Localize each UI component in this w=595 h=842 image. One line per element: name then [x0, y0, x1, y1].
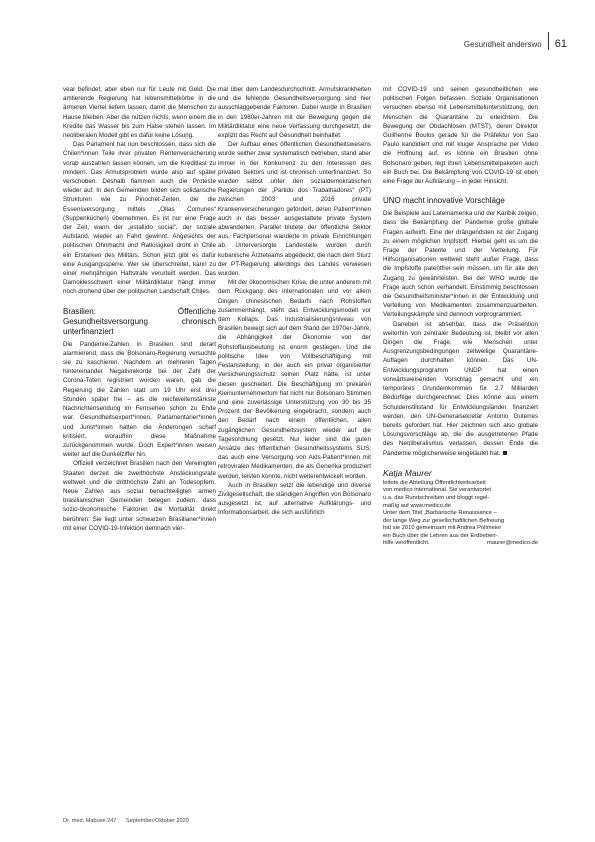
author-bio: leitete die Abteilung Öffentlichkeitsarb… — [383, 480, 538, 548]
section-title: Gesundheit anderswo — [464, 40, 542, 50]
paragraph: Auch in Brasilien setzt die lebendige un… — [218, 481, 371, 518]
author-email[interactable]: maurer@medico.de — [487, 540, 538, 548]
paragraph: Daneben ist absehbar, dass die Präsentio… — [383, 320, 538, 458]
column-3: mit COVID-19 und seinen gesundheitlichen… — [383, 85, 538, 548]
page-header: Gesundheit anderswo 61 — [464, 32, 567, 50]
column-1: vear befindet, aber eben nur für Leute m… — [63, 85, 216, 533]
column-2: mal über dem Landesdurchschnitt. Armutsk… — [218, 85, 371, 518]
section-heading: Brasilien: Öffentliche Gesundheitsversor… — [63, 307, 216, 337]
paragraph: Der Aufbau eines öffentlichen Gesundheit… — [218, 140, 371, 278]
header-divider — [548, 32, 549, 50]
page-number: 61 — [555, 38, 567, 50]
paragraph: Das Parlament hat nun beschlossen, dass … — [63, 140, 216, 296]
paragraph: Offiziell verzeichnet Brasilien nach den… — [63, 459, 216, 533]
paragraph: Die Beispiele aus Lateinamerika und der … — [383, 209, 538, 319]
paragraph: Die Pandemie-Zahlen in Brasilien sind de… — [63, 340, 216, 460]
section-heading: UNO macht innovative Vorschläge — [383, 196, 538, 206]
issue-date: September/Oktober 2020 — [126, 818, 189, 824]
paragraph: mit COVID-19 und seinen gesundheitlichen… — [383, 85, 538, 186]
author-name: Katja Maurer — [383, 468, 538, 478]
publication-name: Dr. med. Mabuse 247 — [63, 818, 116, 824]
paragraph: mal über dem Landesdurchschnitt. Armutsk… — [218, 85, 371, 140]
page-footer: Dr. med. Mabuse 247 September/Oktober 20… — [63, 818, 197, 824]
end-of-article-icon — [503, 451, 507, 455]
author-box: Katja Maurer leitete die Abteilung Öffen… — [383, 468, 538, 548]
paragraph: vear befindet, aber eben nur für Leute m… — [63, 85, 216, 140]
paragraph: Mit der ökonomischen Krise, die unter an… — [218, 278, 371, 480]
